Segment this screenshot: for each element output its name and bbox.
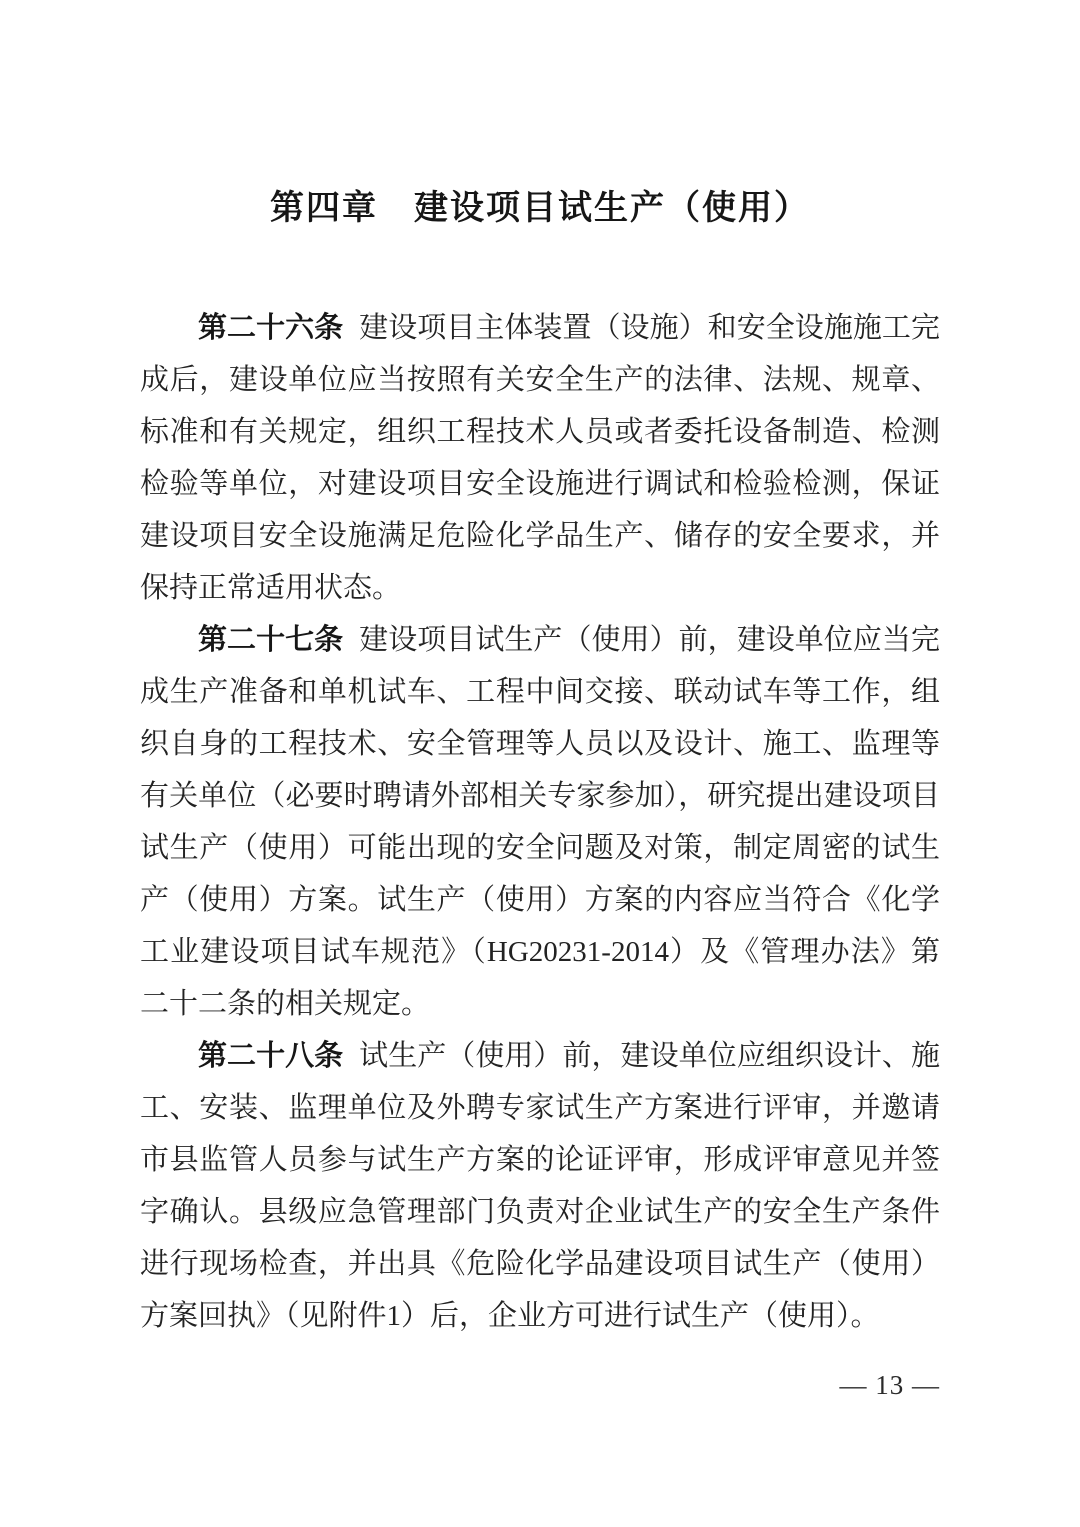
article-paragraph: 第二十六条建设项目主体装置（设施）和安全设施施工完成后，建设单位应当按照有关安全… [140, 302, 940, 614]
document-page: 第四章 建设项目试生产（使用） 第二十六条建设项目主体装置（设施）和安全设施施工… [0, 0, 1080, 1527]
article-paragraph: 第二十七条建设项目试生产（使用）前，建设单位应当完成生产准备和单机试车、工程中间… [140, 614, 940, 1030]
page-number: — 13 — [0, 1368, 940, 1402]
article-label: 第二十八条 [198, 1040, 343, 1072]
chapter-title: 第四章 建设项目试生产（使用） [0, 0, 1080, 230]
article-body: 试生产（使用）前，建设单位应组织设计、施工、安装、监理单位及外聘专家试生产方案进… [140, 1040, 940, 1332]
article-list: 第二十六条建设项目主体装置（设施）和安全设施施工完成后，建设单位应当按照有关安全… [140, 302, 940, 1342]
article-label: 第二十六条 [198, 312, 343, 344]
article-body: 建设项目主体装置（设施）和安全设施施工完成后，建设单位应当按照有关安全生产的法律… [140, 312, 940, 604]
article-paragraph: 第二十八条试生产（使用）前，建设单位应组织设计、施工、安装、监理单位及外聘专家试… [140, 1030, 940, 1342]
article-label: 第二十七条 [198, 624, 343, 656]
article-body: 建设项目试生产（使用）前，建设单位应当完成生产准备和单机试车、工程中间交接、联动… [140, 624, 940, 1020]
